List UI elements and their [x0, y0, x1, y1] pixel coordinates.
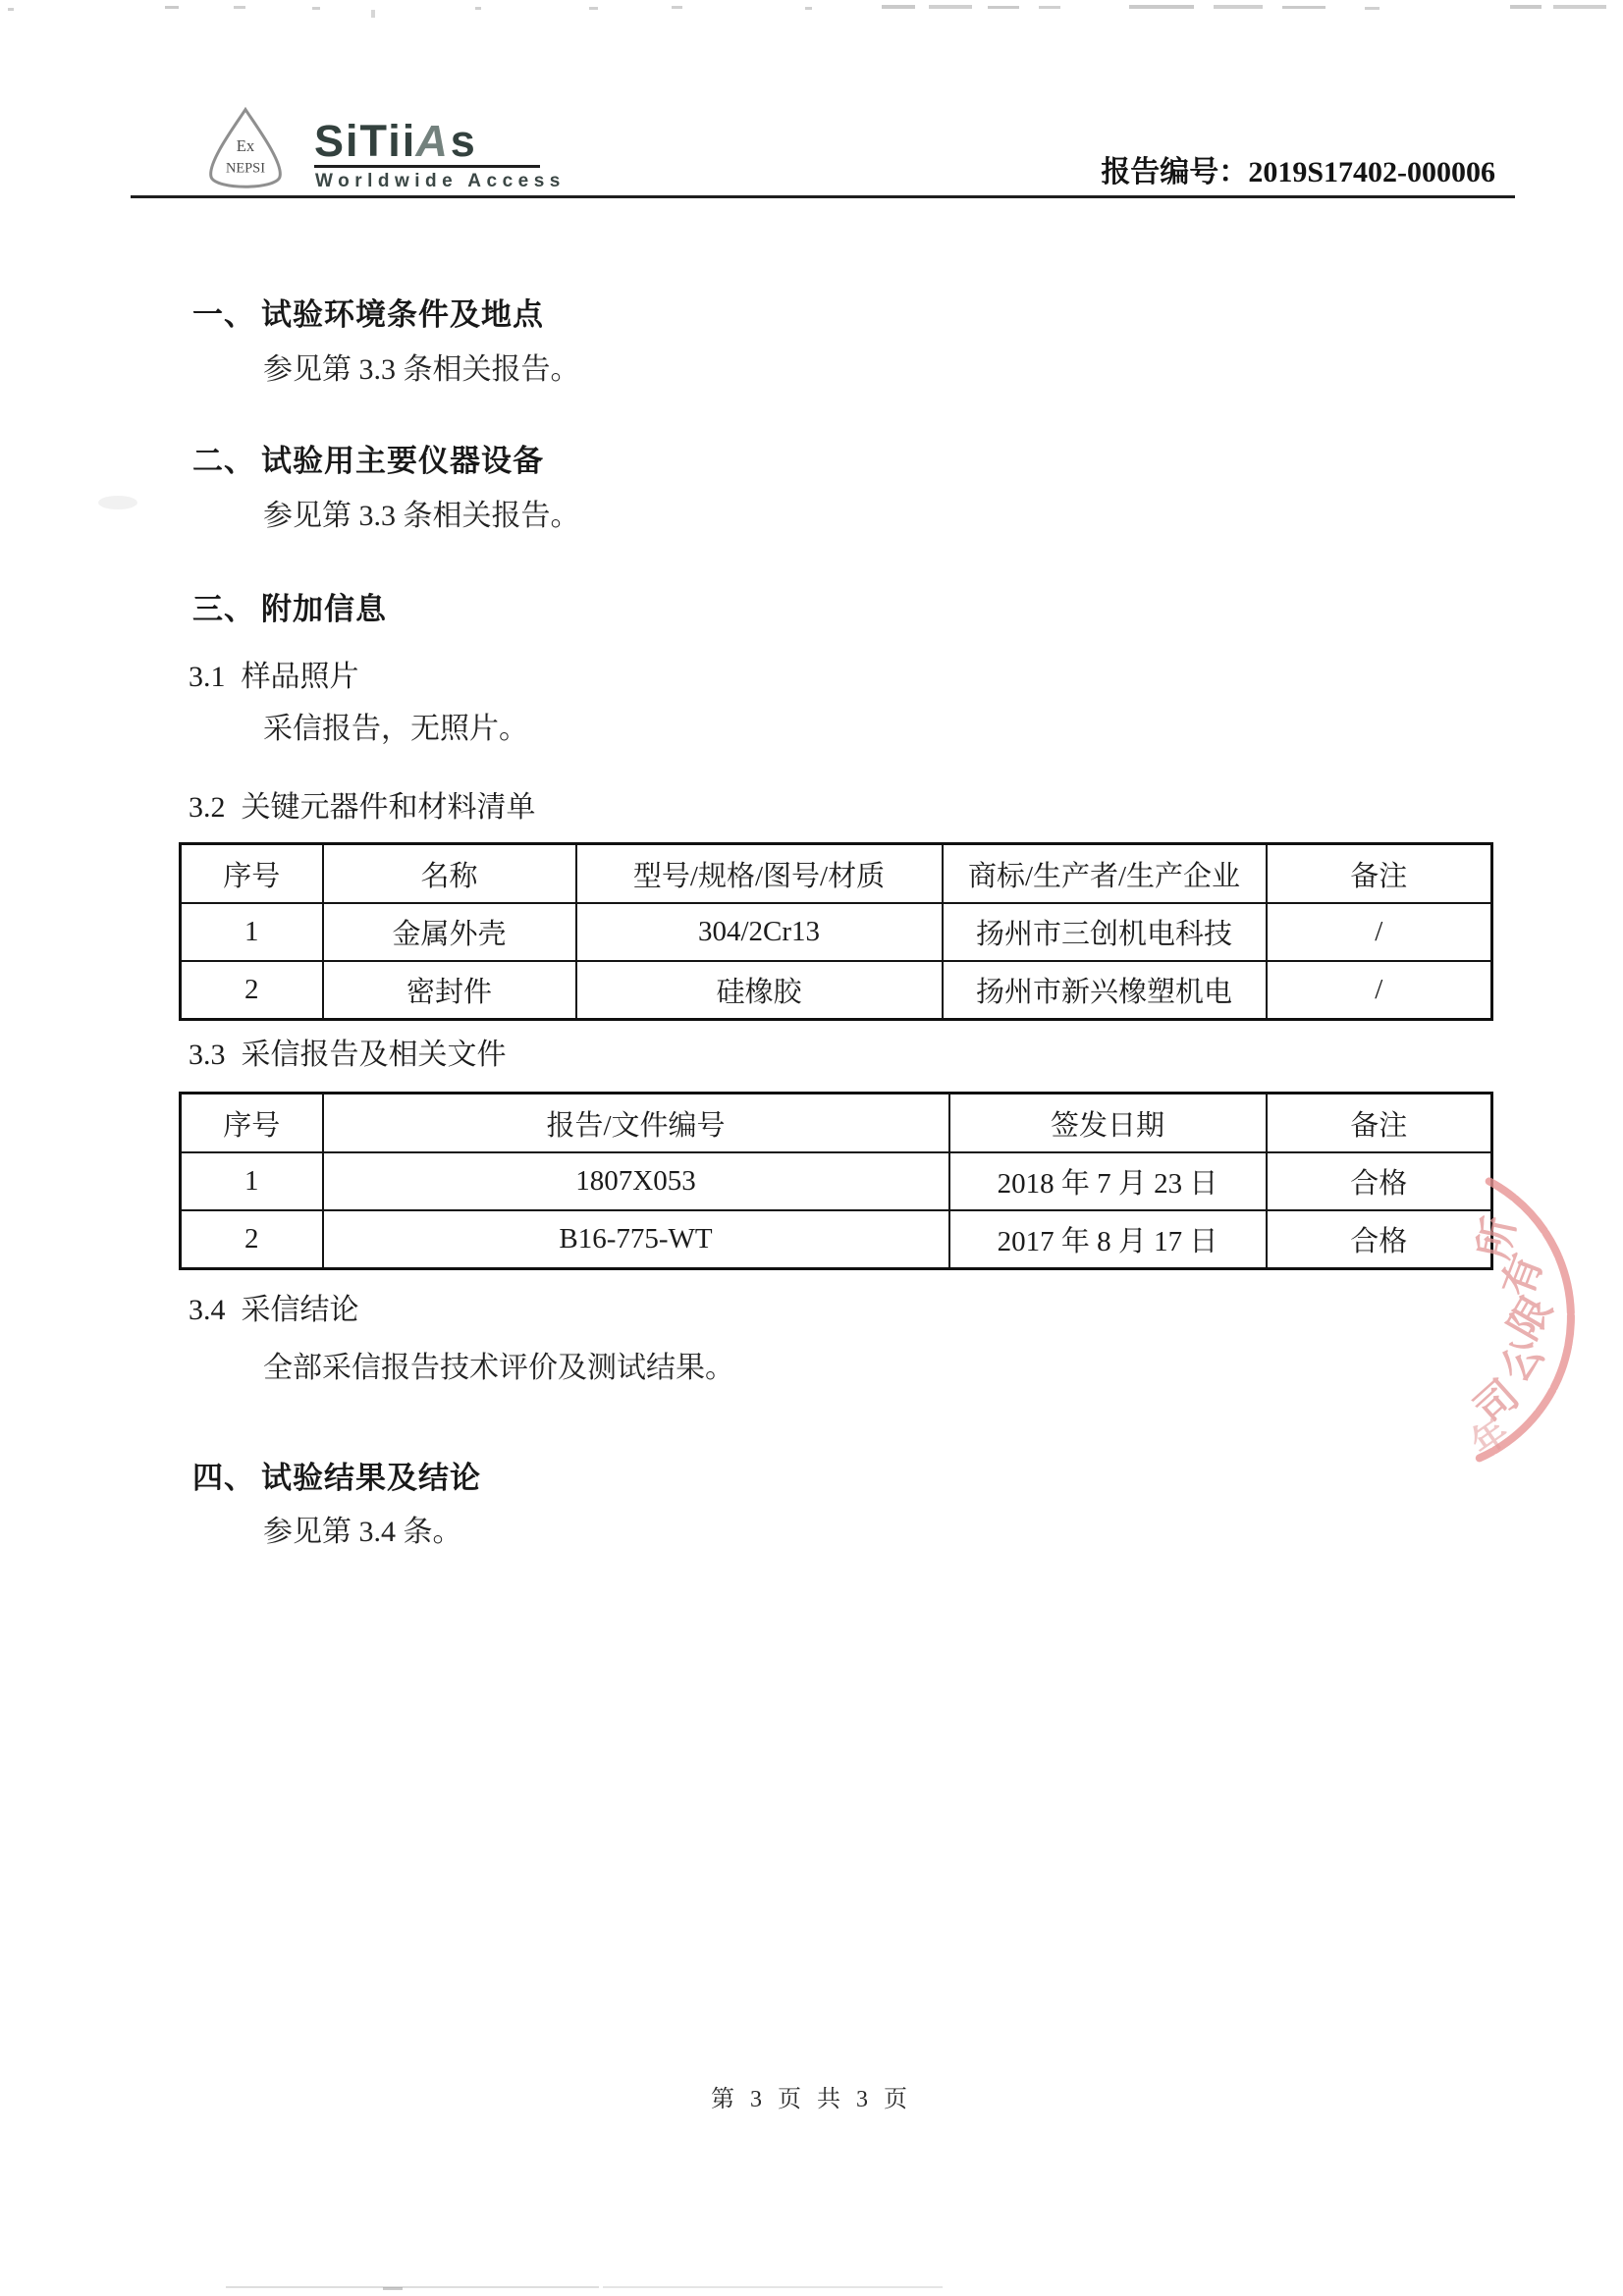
section-4-heading: 四、试验结果及结论	[192, 1453, 481, 1497]
subsection-number: 3.3	[189, 1039, 226, 1071]
document-page: Ex NEPSI SiTiiAs Worldwide Access 报告编号：2…	[0, 0, 1623, 2296]
section-3-1-heading: 3.1样品照片	[189, 652, 359, 695]
badge-text-nepsi: NEPSI	[226, 160, 265, 176]
scan-artifact	[603, 2286, 943, 2288]
scan-artifact	[8, 8, 14, 11]
scan-artifact	[1129, 5, 1194, 9]
scan-artifact	[475, 7, 481, 10]
table-row: 2 密封件 硅橡胶 扬州市新兴橡塑机电 /	[181, 961, 1492, 1020]
report-number: 报告编号：2019S17402-000006	[884, 147, 1495, 190]
red-stamp: 所 有 限 公 司 年	[1257, 1139, 1623, 1541]
table-cell: 扬州市三创机电科技	[943, 903, 1267, 961]
section-3-3-heading: 3.3采信报告及相关文件	[189, 1030, 507, 1073]
materials-table: 序号 名称 型号/规格/图号/材质 商标/生产者/生产企业 备注 1 金属外壳 …	[179, 842, 1493, 1021]
table-cell: 扬州市新兴橡塑机电	[943, 961, 1267, 1020]
table-header-cell: 型号/规格/图号/材质	[576, 844, 943, 904]
brand-logo-prefix: SiTii	[314, 116, 416, 166]
page-footer: 第 3 页 共 3 页	[0, 2079, 1623, 2113]
scan-artifact	[165, 6, 179, 9]
table-cell: /	[1267, 903, 1492, 961]
table-cell: 密封件	[323, 961, 576, 1020]
section-number: 四、	[192, 1461, 255, 1495]
section-title: 附加信息	[261, 592, 387, 626]
table-header-cell: 备注	[1267, 844, 1492, 904]
scan-artifact	[882, 5, 915, 9]
table-cell: 2	[181, 1210, 323, 1269]
scan-artifact	[1039, 6, 1060, 9]
scan-artifact	[589, 7, 598, 10]
section-title: 试验环境条件及地点	[261, 297, 544, 332]
report-number-label: 报告编号：	[1101, 156, 1248, 188]
scan-artifact	[1365, 7, 1380, 10]
nepsi-badge-icon: Ex NEPSI	[199, 104, 292, 192]
subsection-title: 采信结论	[242, 1294, 359, 1326]
table-header-cell: 签发日期	[949, 1094, 1267, 1153]
scan-artifact	[1510, 5, 1542, 9]
scan-artifact	[312, 7, 320, 10]
table-cell: 1	[181, 1152, 323, 1210]
section-number: 三、	[192, 592, 255, 626]
brand-logo: SiTiiAs	[314, 120, 477, 163]
report-number-value: 2019S17402-000006	[1248, 156, 1495, 188]
table-header-row: 序号 名称 型号/规格/图号/材质 商标/生产者/生产企业 备注	[181, 844, 1492, 904]
subsection-number: 3.2	[189, 791, 226, 824]
scan-artifact	[1282, 6, 1325, 9]
table-cell: 1	[181, 903, 323, 961]
section-3-4-heading: 3.4采信结论	[189, 1285, 359, 1328]
logo-underline	[314, 165, 540, 168]
table-header-cell: 报告/文件编号	[323, 1094, 949, 1153]
section-3-heading: 三、附加信息	[192, 584, 387, 628]
subsection-title: 样品照片	[242, 661, 359, 693]
table-cell: 金属外壳	[323, 903, 576, 961]
page-number-text: 第 3 页 共 3 页	[711, 2087, 912, 2112]
brand-logo-a: A	[412, 120, 454, 163]
header-rule	[131, 195, 1515, 198]
badge-text-ex: Ex	[237, 136, 255, 155]
table-header-cell: 序号	[181, 844, 323, 904]
table-header-cell: 商标/生产者/生产企业	[943, 844, 1267, 904]
section-4-body: 参见第 3.4 条。	[263, 1507, 462, 1550]
section-1-heading: 一、试验环境条件及地点	[192, 290, 544, 334]
table-cell: 2018 年 7 月 23 日	[949, 1152, 1267, 1210]
table-cell: B16-775-WT	[323, 1210, 949, 1269]
table-header-cell: 名称	[323, 844, 576, 904]
scan-artifact	[805, 7, 812, 10]
brand-tagline: Worldwide Access	[315, 171, 566, 192]
section-3-2-heading: 3.2关键元器件和材料清单	[189, 782, 536, 826]
section-2-body: 参见第 3.3 条相关报告。	[263, 491, 580, 534]
section-3-4-body: 全部采信报告技术评价及测试结果。	[263, 1343, 734, 1386]
section-number: 二、	[192, 444, 255, 478]
subsection-number: 3.4	[189, 1294, 226, 1326]
subsection-number: 3.1	[189, 661, 226, 693]
section-title: 试验结果及结论	[261, 1461, 481, 1495]
section-number: 一、	[192, 297, 255, 332]
scan-artifact	[988, 6, 1019, 9]
table-cell: 2	[181, 961, 323, 1020]
section-title: 试验用主要仪器设备	[261, 444, 544, 478]
scan-artifact	[383, 2287, 403, 2290]
subsection-title: 采信报告及相关文件	[242, 1039, 507, 1071]
scan-artifact	[98, 496, 137, 509]
subsection-title: 关键元器件和材料清单	[242, 791, 536, 824]
section-2-heading: 二、试验用主要仪器设备	[192, 436, 544, 480]
scan-artifact	[672, 6, 682, 9]
scan-artifact	[234, 6, 245, 9]
scan-artifact	[226, 2286, 599, 2288]
scan-artifact	[371, 10, 375, 18]
table-cell: 2017 年 8 月 17 日	[949, 1210, 1267, 1269]
section-1-body: 参见第 3.3 条相关报告。	[263, 345, 580, 388]
scan-artifact	[929, 5, 972, 9]
brand-logo-suffix: s	[451, 116, 477, 166]
scan-artifact	[1553, 5, 1606, 9]
table-cell: 304/2Cr13	[576, 903, 943, 961]
section-3-1-body: 采信报告，无照片。	[263, 704, 528, 747]
table-cell: 硅橡胶	[576, 961, 943, 1020]
table-cell: /	[1267, 961, 1492, 1020]
table-header-cell: 序号	[181, 1094, 323, 1153]
table-cell: 1807X053	[323, 1152, 949, 1210]
table-row: 1 金属外壳 304/2Cr13 扬州市三创机电科技 /	[181, 903, 1492, 961]
scan-artifact	[1214, 5, 1263, 9]
